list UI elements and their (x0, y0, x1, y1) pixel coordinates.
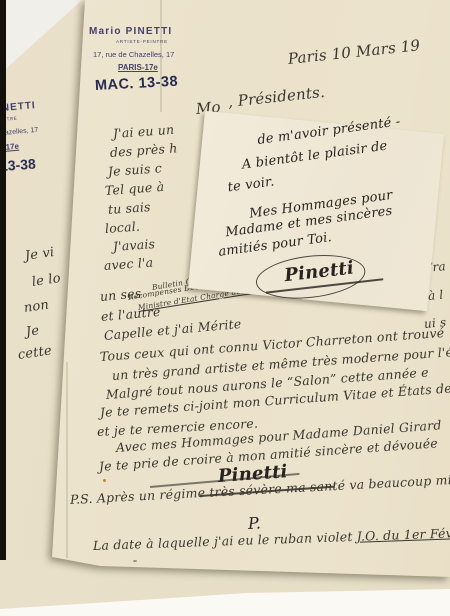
letter-line-fragment: à l (427, 289, 443, 302)
scan-edge (0, 0, 6, 560)
letter-line: J'ai eu un (113, 124, 175, 141)
date-line: Paris 10 Mars 19 (287, 38, 421, 67)
letterhead-city: PARIS-17e (118, 64, 158, 72)
letterhead-address: 17, rue de Chazelles, 17 (93, 51, 174, 59)
salutation-end: , Présidents. (227, 85, 325, 110)
letter-line: Tel que à (105, 181, 165, 198)
paper-speck (133, 560, 137, 562)
note-card: de m'avoir présenté - A bientôt le plais… (188, 111, 444, 311)
letter-line: avec l'a (104, 257, 154, 273)
ps-initial: P. (248, 515, 262, 532)
letter-line: tu sais (108, 201, 152, 216)
letter-line: J'avais (113, 238, 156, 253)
note-line: te voir. (227, 175, 275, 194)
letter-line: local. (105, 221, 141, 236)
letter-line: Je suis c (108, 162, 163, 178)
fold-crease (66, 362, 68, 558)
paper-stain (103, 479, 106, 482)
main-sheet-wrapper: Mario PINETTI ARTISTE-PEINTRE 17, rue de… (0, 0, 450, 616)
scanned-letters-photo: NETTI NTRE hazelles, 17 -17e 13-38 Je vi… (0, 0, 450, 616)
letterhead-name: Mario PINETTI (89, 27, 172, 37)
letterhead-phone: MAC. 13-38 (95, 75, 179, 94)
main-sheet: Mario PINETTI ARTISTE-PEINTRE 17, rue de… (0, 0, 450, 616)
footer-underlined: J.O. du 1er Février 195 (356, 524, 450, 544)
letterhead-profession: ARTISTE-PEINTRE (116, 40, 168, 45)
letter-line: des près h (110, 142, 178, 159)
footer-line: La date à laquelle j'ai eu le ruban viol… (93, 526, 450, 553)
letter-line-fragment: ui s (423, 316, 446, 330)
footer-plain: La date à laquelle j'ai eu le ruban viol… (93, 529, 357, 553)
